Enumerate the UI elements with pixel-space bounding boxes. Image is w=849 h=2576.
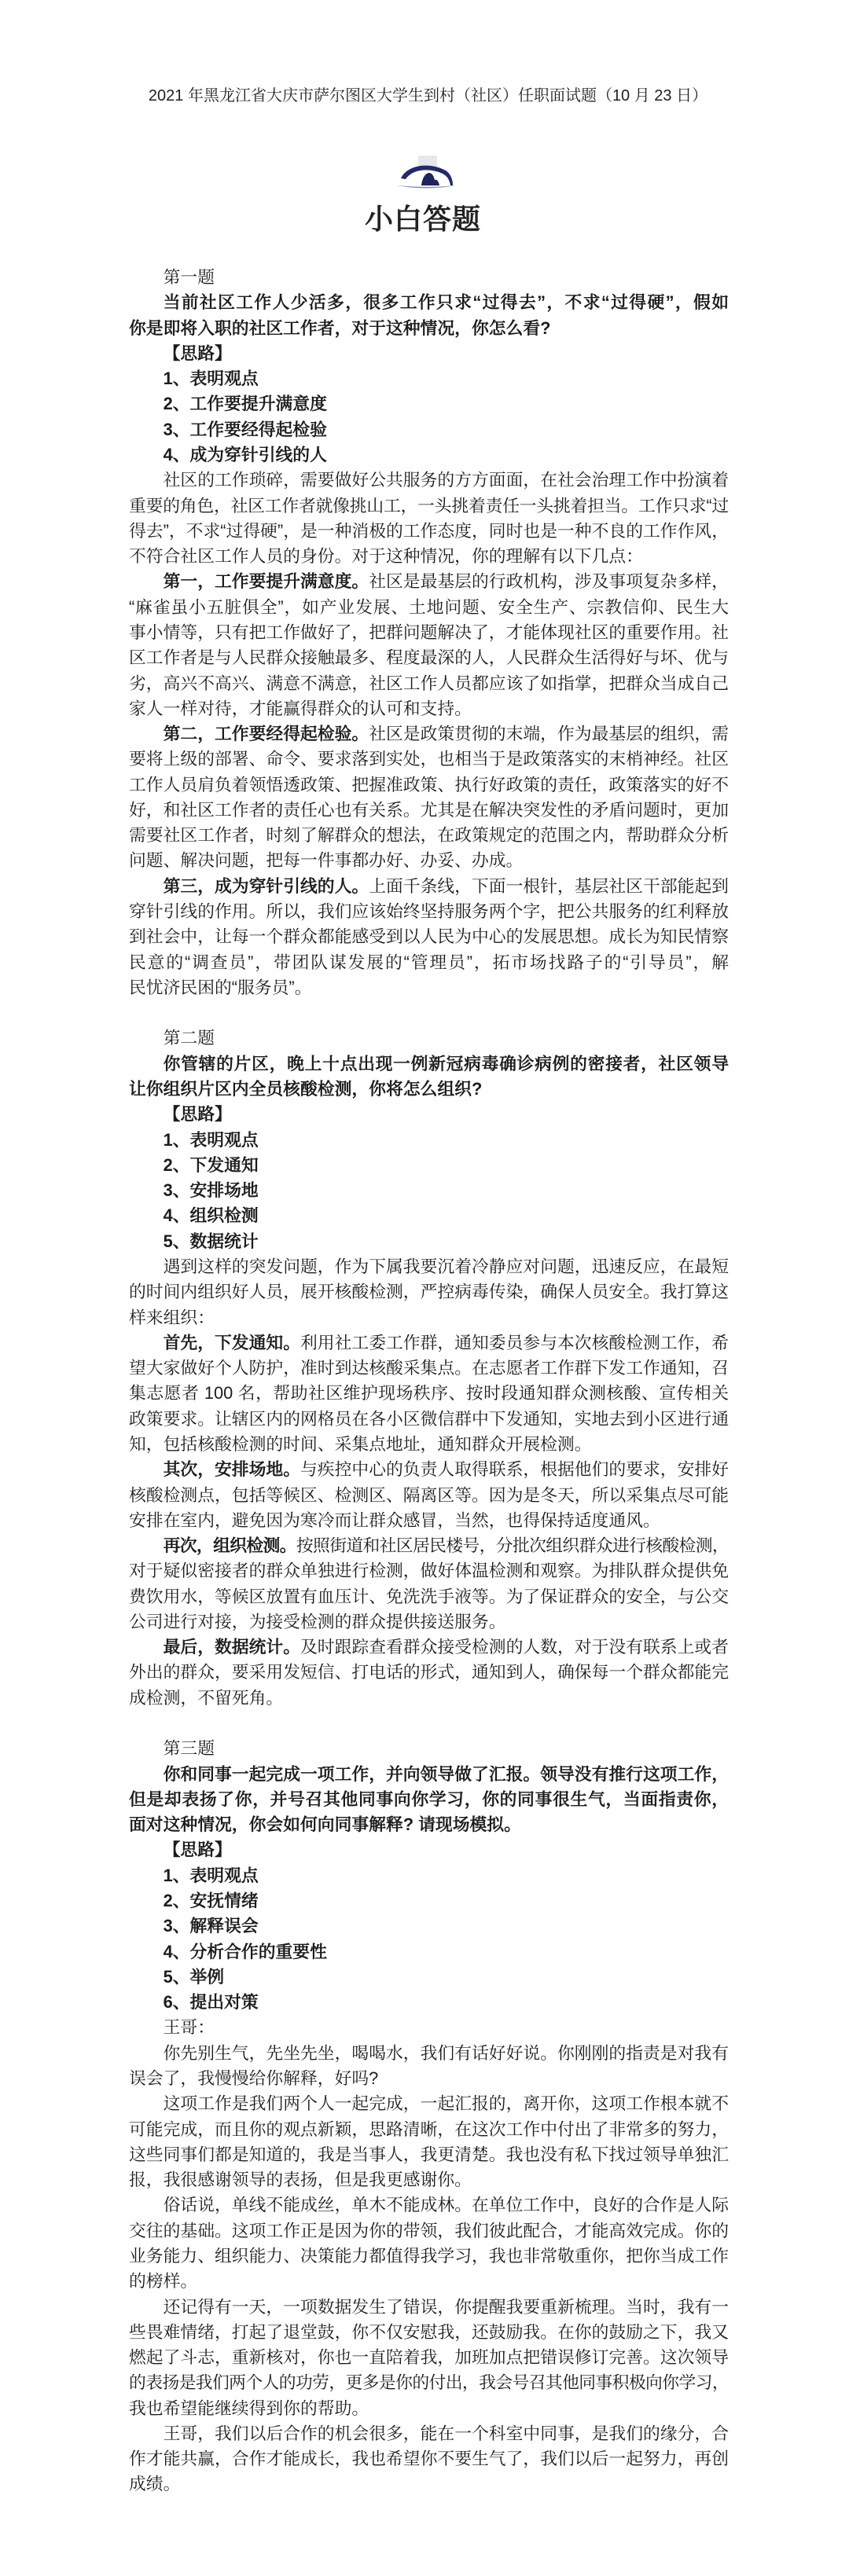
answer-line: 重要的角色，社区工作者就像挑山工，一头挑着责任一头挑着担当。工作只求“过 xyxy=(129,494,729,519)
answer-line: 民意的“调查员”，带团队谋发展的“管理员”，拓市场找路子的“引导员”，解 xyxy=(129,950,729,975)
question-prompt-line: 面对这种情况，你会如何向同事解释? 请现场模拟。 xyxy=(129,1812,729,1837)
answer-line: 外出的群众，要采用发短信、打电话的形式，通知到人，确保每一个群众都能完 xyxy=(129,1660,729,1685)
outline-item: 1、表明观点 xyxy=(129,1863,729,1888)
answer-line: 样来组织： xyxy=(129,1305,729,1330)
answer-line: 工作人员肩负着领悟透政策、把握准政策、执行好政策的责任，政策落实的好不 xyxy=(129,772,729,798)
question-1: 第一题 当前社区工作人少活多，很多工作只求“过得去”，不求“过得硬”，假如 你是… xyxy=(129,265,729,1000)
answer-line: 再次，组织检测。按照街道和社区居民楼号，分批次组织群众进行核酸检测， xyxy=(129,1533,729,1558)
answer-line: 的表扬是我们两个人的功劳，更多是你的付出，我会号召其他同事积极向你学习， xyxy=(129,2370,729,2395)
document-body: 第一题 当前社区工作人少活多，很多工作只求“过得去”，不求“过得硬”，假如 你是… xyxy=(129,265,729,2497)
answer-text: 利用社工委工作群，通知委员参与本次核酸检测工作，希 xyxy=(300,1333,729,1352)
answer-line: 这些同事们都是知道的，我是当事人，我更清楚。我也没有私下找过领导单独汇 xyxy=(129,2142,729,2167)
answer-line: 望大家做好个人防护，准时到达核酸采集点。在志愿者工作群下发工作通知，召 xyxy=(129,1356,729,1381)
answer-line: 俗话说，单线不能成丝，单木不能成林。在单位工作中，良好的合作是人际 xyxy=(129,2193,729,2218)
answer-line: 燃起了斗志，重新核对，你也一直陪着我，加班加点把错误修订完善。这次领导 xyxy=(129,2345,729,2370)
answer-line: 些畏难情绪，打起了退堂鼓，你不仅安慰我，还鼓励我。在你的鼓励之下，我又 xyxy=(129,2320,729,2345)
eye-logo-icon xyxy=(393,154,459,193)
answer-line: 首先，下发通知。利用社工委工作群，通知委员参与本次核酸检测工作，希 xyxy=(129,1330,729,1356)
answer-line: 第一，工作要提升满意度。社区是最基层的行政机构，涉及事项复杂多样， xyxy=(129,569,729,594)
answer-line: 业务能力、组织能力、决策能力都值得我学习，我也非常敬重你，把你当成工作 xyxy=(129,2244,729,2269)
answer-lead: 第三，成为穿针引线的人。 xyxy=(164,876,369,896)
answer-text: 社区是最基层的行政机构，涉及事项复杂多样， xyxy=(369,571,729,591)
document-title: 2021 年黑龙江省大庆市萨尔图区大学生到村（社区）任职面试题（10 月 23 … xyxy=(0,86,849,105)
answer-line: 社区的工作琐碎，需要做好公共服务的方方面面，在社会治理工作中扮演着 xyxy=(129,468,729,493)
answer-line: 其次，安排场地。与疾控中心的负责人取得联系，根据他们的要求，安排好 xyxy=(129,1457,729,1482)
outline-item: 2、安抚情绪 xyxy=(129,1888,729,1914)
answer-paragraph: 社区的工作琐碎，需要做好公共服务的方方面面，在社会治理工作中扮演着 重要的角色，… xyxy=(129,468,729,569)
outline-item: 4、组织检测 xyxy=(129,1203,729,1228)
answer-line: 第三，成为穿针引线的人。上面千条线，下面一根针，基层社区干部能起到 xyxy=(129,874,729,899)
answer-text: 上面千条线，下面一根针，基层社区干部能起到 xyxy=(369,876,729,896)
answer-line: 王哥，我们以后合作的机会很多，能在一个科室中同事，是我们的缘分，合 xyxy=(129,2421,729,2446)
answer-line: 政策要求。让辖区内的网格员在各小区微信群中下发通知，实地去到小区进行通 xyxy=(129,1407,729,1432)
answer-line: 成检测，不留死角。 xyxy=(129,1686,729,1711)
answer-paragraph: 王哥，我们以后合作的机会很多，能在一个科室中同事，是我们的缘分，合 作才能共赢，… xyxy=(129,2421,729,2497)
question-prompt-line: 你管辖的片区，晚上十点出现一例新冠病毒确诊病例的密接者，社区领导 xyxy=(129,1051,729,1077)
answer-line: 穿针引线的作用。所以，我们应该始终坚持服务两个字，把公共服务的红利释放 xyxy=(129,899,729,924)
answer-line: 的榜样。 xyxy=(129,2269,729,2294)
answer-line: 我也希望能继续得到你的帮助。 xyxy=(129,2396,729,2421)
outline-title: 【思路】 xyxy=(129,1837,729,1862)
question-prompt-line: 但是却表扬了你，并号召其他同事向你学习，你的同事很生气，当面指责你， xyxy=(129,1787,729,1812)
question-label: 第一题 xyxy=(129,265,729,290)
outline-item: 4、成为穿针引线的人 xyxy=(129,442,729,468)
answer-text: 社区是政策贯彻的末端，作为最基层的组织，需 xyxy=(369,724,729,743)
section-spacer xyxy=(129,1000,729,1026)
outline-item: 6、提出对策 xyxy=(129,1990,729,2015)
answer-line: 劣，高兴不高兴、满意不满意，社区工作人员都应该了如指掌，把群众当成自己 xyxy=(129,671,729,696)
answer-line: 交往的基础。这项工作正是因为你的带领，我们彼此配合，才能高效完成。你的 xyxy=(129,2218,729,2244)
question-prompt-line: 你是即将入职的社区工作者，对于这种情况，你怎么看? xyxy=(129,316,729,341)
answer-paragraph: 最后，数据统计。及时跟踪查看群众接受检测的人数，对于没有联系上或者 外出的群众，… xyxy=(129,1635,729,1711)
answer-line: 需要社区工作者，时刻了解群众的想法，在政策规定的范围之内，帮助群众分析 xyxy=(129,823,729,848)
answer-line: 民忧济民困的“服务员”。 xyxy=(129,975,729,1000)
outline-item: 1、表明观点 xyxy=(129,1128,729,1153)
answer-line: 家人一样对待，才能赢得群众的认可和支持。 xyxy=(129,696,729,721)
answer-paragraph: 你先别生气，先坐先坐，喝喝水，我们有话好好说。你刚刚的指责是对我有 误会了，我慢… xyxy=(129,2041,729,2092)
question-label: 第三题 xyxy=(129,1736,729,1761)
answer-line: 报，我很感谢领导的表扬，但是我更感谢你。 xyxy=(129,2167,729,2193)
answer-line: 到社会中，让每一个群众都能感受到以人民为中心的发展思想。成长为知民情察 xyxy=(129,924,729,949)
answer-line: 得去”，不求“过得硬”，是一种消极的工作态度，同时也是一种不良的工作作风， xyxy=(129,519,729,544)
answer-line: 费饮用水，等候区放置有血压计、免洗洗手液等。为了保证群众的安全，与公交 xyxy=(129,1584,729,1609)
answer-line: 不符合社区工作人员的身份。对于这种情况，你的理解有以下几点： xyxy=(129,544,729,569)
outline-item: 5、数据统计 xyxy=(129,1229,729,1254)
answer-line: 还记得有一天，一项数据发生了错误，你提醒我要重新梳理。当时，我有一 xyxy=(129,2295,729,2320)
outline-item: 1、表明观点 xyxy=(129,366,729,391)
answer-line: 事小情等，只有把工作做好了，把群问题解决了，才能体现社区的重要作用。社 xyxy=(129,620,729,645)
answer-paragraph: 第二，工作要经得起检验。社区是政策贯彻的末端，作为最基层的组织，需 要将上级的部… xyxy=(129,721,729,874)
answer-text: 按照街道和社区居民楼号，分批次组织群众进行核酸检测， xyxy=(296,1536,729,1555)
answer-paragraph: 第一，工作要提升满意度。社区是最基层的行政机构，涉及事项复杂多样， “麻雀虽小五… xyxy=(129,569,729,721)
section-spacer xyxy=(129,1711,729,1736)
answer-text: 及时跟踪查看群众接受检测的人数，对于没有联系上或者 xyxy=(300,1637,729,1657)
answer-line: 成绩。 xyxy=(129,2471,729,2497)
answer-line: 的时间内组织好人员，展开核酸检测，严控病毒传染，确保人员安全。我打算这 xyxy=(129,1279,729,1305)
answer-paragraph: 俗话说，单线不能成丝，单木不能成林。在单位工作中，良好的合作是人际 交往的基础。… xyxy=(129,2193,729,2294)
question-2: 第二题 你管辖的片区，晚上十点出现一例新冠病毒确诊病例的密接者，社区领导 让你组… xyxy=(129,1026,729,1711)
outline-item: 2、下发通知 xyxy=(129,1153,729,1178)
answer-lead: 第二，工作要经得起检验。 xyxy=(164,724,369,743)
answer-line: 安排在室内，避免因为寒冷而让群众感冒，当然，也得保持适度通风。 xyxy=(129,1508,729,1533)
answer-line: 最后，数据统计。及时跟踪查看群众接受检测的人数，对于没有联系上或者 xyxy=(129,1635,729,1660)
answer-line: 问题、解决问题，把每一件事都办好、办妥、办成。 xyxy=(129,848,729,873)
answer-line: 集志愿者 100 名，帮助社区维护现场秩序、按时段通知群众测核酸、宣传相关 xyxy=(129,1381,729,1406)
brand-name: 小白答题 xyxy=(0,204,846,235)
question-label: 第二题 xyxy=(129,1026,729,1051)
answer-lead: 最后，数据统计。 xyxy=(164,1637,300,1657)
outline-item: 2、工作要提升满意度 xyxy=(129,391,729,416)
outline-title: 【思路】 xyxy=(129,341,729,366)
answer-paragraph: 再次，组织检测。按照街道和社区居民楼号，分批次组织群众进行核酸检测， 对于疑似密… xyxy=(129,1533,729,1635)
answer-paragraph: 遇到这样的突发问题，作为下属我要沉着冷静应对问题，迅速反应，在最短 的时间内组织… xyxy=(129,1254,729,1330)
answer-lead: 其次，安排场地。 xyxy=(164,1459,300,1479)
answer-line: 好，和社区工作者的责任心也有关系。尤其是在解决突发性的矛盾问题时，更加 xyxy=(129,798,729,823)
answer-lead: 第一，工作要提升满意度。 xyxy=(164,571,369,591)
answer-line: 公司进行对接，为接受检测的群众提供接送服务。 xyxy=(129,1609,729,1635)
answer-line: 作才能共赢，合作才能成长，我也希望你不要生气了，我们以后一起努力，再创 xyxy=(129,2446,729,2471)
answer-salutation: 王哥： xyxy=(129,2015,729,2040)
answer-line: 你先别生气，先坐先坐，喝喝水，我们有话好好说。你刚刚的指责是对我有 xyxy=(129,2041,729,2066)
answer-line: “麻雀虽小五脏俱全”，如产业发展、土地问题、安全生产、宗教信仰、民生大 xyxy=(129,595,729,620)
outline-item: 4、分析合作的重要性 xyxy=(129,1939,729,1965)
outline-item: 3、工作要经得起检验 xyxy=(129,417,729,442)
answer-paragraph: 这项工作是我们两个人一起完成，一起汇报的，离开你，这项工作根本就不 可能完成，而… xyxy=(129,2091,729,2193)
outline-item: 5、举例 xyxy=(129,1965,729,1990)
answer-line: 要将上级的部署、命令、要求落到实处，也相当于是政策落实的末梢神经。社区 xyxy=(129,747,729,772)
answer-line: 区工作者是与人民群众接触最多、程度最深的人，人民群众生活得好与坏、优与 xyxy=(129,645,729,670)
answer-line: 对于疑似密接者的群众单独进行检测，做好体温检测和观察。为排队群众提供免 xyxy=(129,1558,729,1583)
question-prompt-line: 让你组织片区内全员核酸检测，你将怎么组织? xyxy=(129,1077,729,1102)
question-3: 第三题 你和同事一起完成一项工作，并向领导做了汇报。领导没有推行这项工作， 但是… xyxy=(129,1736,729,2497)
answer-text: 与疾控中心的负责人取得联系，根据他们的要求，安排好 xyxy=(300,1459,729,1479)
answer-lead: 首先，下发通知。 xyxy=(164,1333,300,1352)
answer-line: 知，包括核酸检测的时间、采集点地址，通知群众开展检测。 xyxy=(129,1432,729,1457)
answer-paragraph: 还记得有一天，一项数据发生了错误，你提醒我要重新梳理。当时，我有一 些畏难情绪，… xyxy=(129,2295,729,2421)
answer-paragraph: 首先，下发通知。利用社工委工作群，通知委员参与本次核酸检测工作，希 望大家做好个… xyxy=(129,1330,729,1457)
answer-paragraph: 第三，成为穿针引线的人。上面千条线，下面一根针，基层社区干部能起到 穿针引线的作… xyxy=(129,874,729,1000)
outline-title: 【思路】 xyxy=(129,1102,729,1127)
answer-line: 第二，工作要经得起检验。社区是政策贯彻的末端，作为最基层的组织，需 xyxy=(129,721,729,747)
question-prompt-line: 你和同事一起完成一项工作，并向领导做了汇报。领导没有推行这项工作， xyxy=(129,1762,729,1787)
answer-line: 遇到这样的突发问题，作为下属我要沉着冷静应对问题，迅速反应，在最短 xyxy=(129,1254,729,1279)
answer-lead: 再次，组织检测。 xyxy=(164,1536,296,1555)
answer-line: 误会了，我慢慢给你解释，好吗? xyxy=(129,2066,729,2091)
outline-item: 3、解释误会 xyxy=(129,1914,729,1939)
answer-line: 王哥： xyxy=(129,2015,729,2040)
answer-line: 核酸检测点，包括等候区、检测区、隔离区等。因为是冬天，所以采集点尽可能 xyxy=(129,1483,729,1508)
answer-line: 这项工作是我们两个人一起完成，一起汇报的，离开你，这项工作根本就不 xyxy=(129,2091,729,2116)
answer-paragraph: 其次，安排场地。与疾控中心的负责人取得联系，根据他们的要求，安排好 核酸检测点，… xyxy=(129,1457,729,1533)
answer-line: 可能完成，而且你的观点新颖，思路清晰，在这次工作中付出了非常多的努力， xyxy=(129,2117,729,2142)
question-prompt-line: 当前社区工作人少活多，很多工作只求“过得去”，不求“过得硬”，假如 xyxy=(129,290,729,315)
outline-item: 3、安排场地 xyxy=(129,1178,729,1203)
